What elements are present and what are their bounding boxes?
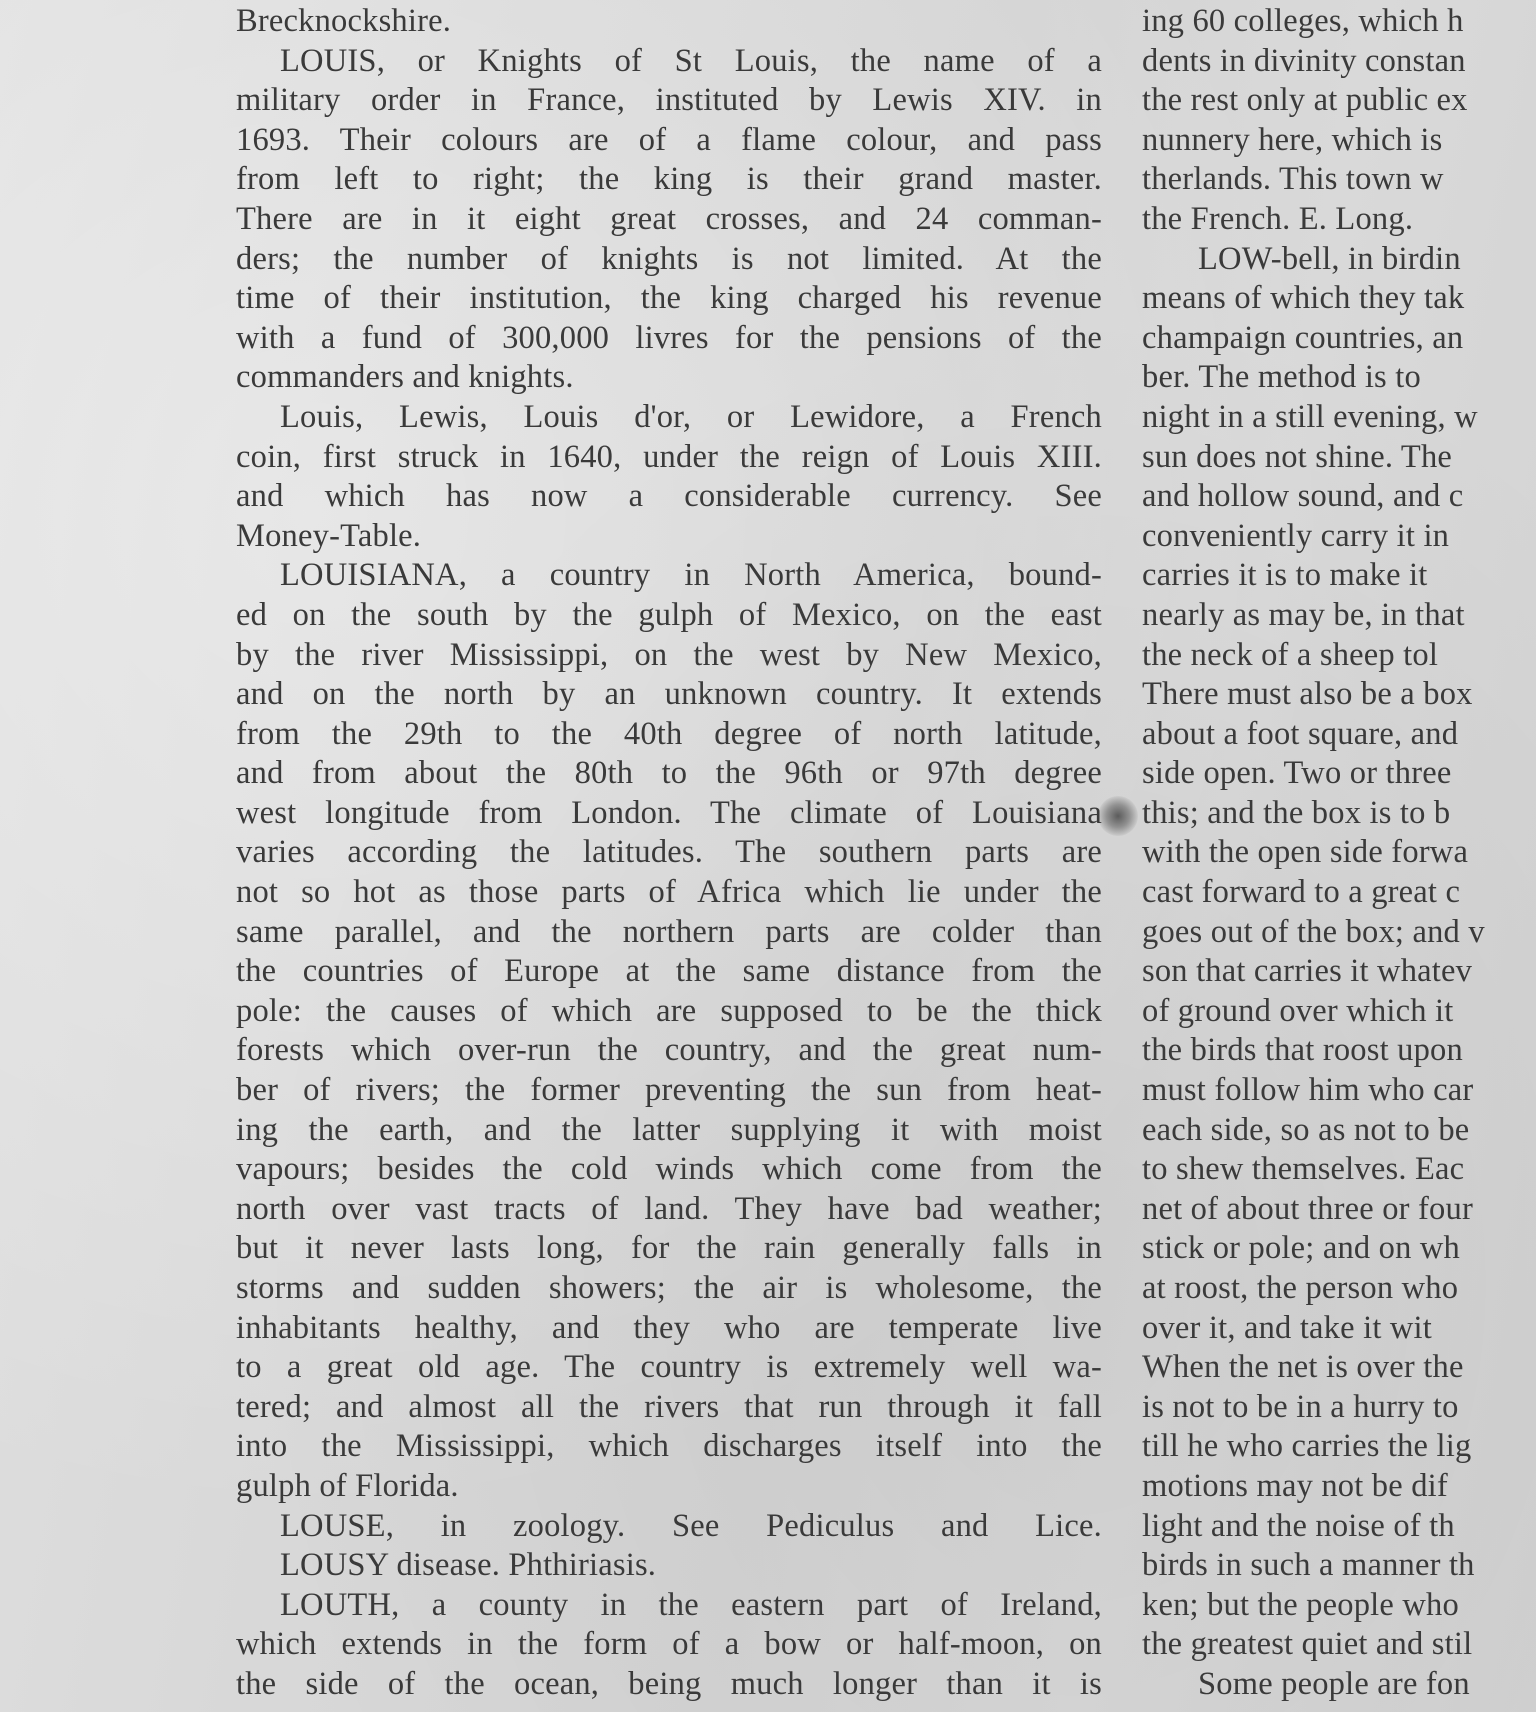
text-line: same parallel, and the northern parts ar… (236, 913, 1102, 953)
text-line: military order in France, instituted by … (236, 81, 1102, 121)
text-line: LOUSE, in zoology. See Pediculus and Lic… (236, 1507, 1102, 1547)
text-line: gulph of Florida. (236, 1467, 1102, 1507)
text-line: stick or pole; and on wh (1142, 1229, 1536, 1269)
text-line: conveniently carry it in (1142, 517, 1536, 557)
text-line: light and the noise of th (1142, 1507, 1536, 1547)
text-line: ber. The method is to (1142, 358, 1536, 398)
text-line: which extends in the form of a bow or ha… (236, 1625, 1102, 1665)
text-line: ders; the number of knights is not limit… (236, 240, 1102, 280)
text-line: There are in it eight great crosses, and… (236, 200, 1102, 240)
text-line: pole: the causes of which are supposed t… (236, 992, 1102, 1032)
text-line: ed on the south by the gulph of Mexico, … (236, 596, 1102, 636)
text-line: is not to be in a hurry to (1142, 1388, 1536, 1428)
text-line: Money-Table. (236, 517, 1102, 557)
text-line: the French. E. Long. (1142, 200, 1536, 240)
text-line: ken; but the people who (1142, 1586, 1536, 1626)
text-line: birds in such a manner th (1142, 1546, 1536, 1586)
text-line: LOUISIANA, a country in North America, b… (236, 556, 1102, 596)
text-line: with the open side forwa (1142, 833, 1536, 873)
text-line: ber of rivers; the former preventing the… (236, 1071, 1102, 1111)
text-line: to a great old age. The country is extre… (236, 1348, 1102, 1388)
text-line: from the 29th to the 40th degree of nort… (236, 715, 1102, 755)
text-line: and hollow sound, and c (1142, 477, 1536, 517)
text-line: dents in divinity constan (1142, 42, 1536, 82)
text-line: must follow him who car (1142, 1071, 1536, 1111)
text-line: LOUIS, or Knights of St Louis, the name … (236, 42, 1102, 82)
text-line: therlands. This town w (1142, 160, 1536, 200)
text-line: by the river Mississippi, on the west by… (236, 636, 1102, 676)
text-line: time of their institution, the king char… (236, 279, 1102, 319)
text-line: and on the north by an unknown country. … (236, 675, 1102, 715)
ink-stain (1098, 796, 1138, 836)
text-line: champaign countries, an (1142, 319, 1536, 359)
text-line: the greatest quiet and stil (1142, 1625, 1536, 1665)
text-line: to shew themselves. Eac (1142, 1150, 1536, 1190)
text-line: from left to right; the king is their gr… (236, 160, 1102, 200)
text-line: ing the earth, and the latter supplying … (236, 1111, 1102, 1151)
text-line: over it, and take it wit (1142, 1309, 1536, 1349)
text-line: cast forward to a great c (1142, 873, 1536, 913)
text-line: LOUTH, a county in the eastern part of I… (236, 1586, 1102, 1626)
text-line: west longitude from London. The climate … (236, 794, 1102, 834)
text-line: means of which they tak (1142, 279, 1536, 319)
text-line: with a fund of 300,000 livres for the pe… (236, 319, 1102, 359)
text-line: commanders and knights. (236, 358, 1102, 398)
text-line: this; and the box is to b (1142, 794, 1536, 834)
text-line: ing 60 colleges, which h (1142, 2, 1536, 42)
text-line: the birds that roost upon (1142, 1031, 1536, 1071)
text-line: vapours; besides the cold winds which co… (236, 1150, 1102, 1190)
text-line: carries it is to make it (1142, 556, 1536, 596)
text-line: LOUSY disease. Phthiriasis. (236, 1546, 1102, 1586)
text-line: Louis, Lewis, Louis d'or, or Lewidore, a… (236, 398, 1102, 438)
text-line: the rest only at public ex (1142, 81, 1536, 121)
text-line: north over vast tracts of land. They hav… (236, 1190, 1102, 1230)
text-line: and from about the 80th to the 96th or 9… (236, 754, 1102, 794)
text-line: sun does not shine. The (1142, 438, 1536, 478)
text-line: not so hot as those parts of Africa whic… (236, 873, 1102, 913)
text-line: the countries of Europe at the same dist… (236, 952, 1102, 992)
text-line: Some people are fon (1142, 1665, 1536, 1705)
text-line: night in a still evening, w (1142, 398, 1536, 438)
text-line: varies according the latitudes. The sout… (236, 833, 1102, 873)
text-line: coin, first struck in 1640, under the re… (236, 438, 1102, 478)
text-line: motions may not be dif (1142, 1467, 1536, 1507)
text-line: There must also be a box (1142, 675, 1536, 715)
text-line: inhabitants healthy, and they who are te… (236, 1309, 1102, 1349)
right-text-column: ing 60 colleges, which hdents in divinit… (1142, 2, 1536, 1705)
text-line: When the net is over the (1142, 1348, 1536, 1388)
text-line: about a foot square, and (1142, 715, 1536, 755)
text-line: Brecknockshire. (236, 2, 1102, 42)
text-line: but it never lasts long, for the rain ge… (236, 1229, 1102, 1269)
text-line: till he who carries the lig (1142, 1427, 1536, 1467)
text-line: storms and sudden showers; the air is wh… (236, 1269, 1102, 1309)
text-line: forests which over-run the country, and … (236, 1031, 1102, 1071)
text-line: into the Mississippi, which discharges i… (236, 1427, 1102, 1467)
text-line: 1693. Their colours are of a flame colou… (236, 121, 1102, 161)
text-line: tered; and almost all the rivers that ru… (236, 1388, 1102, 1428)
text-line: of ground over which it (1142, 992, 1536, 1032)
text-line: and which has now a considerable currenc… (236, 477, 1102, 517)
text-line: son that carries it whatev (1142, 952, 1536, 992)
text-line: at roost, the person who (1142, 1269, 1536, 1309)
text-line: nunnery here, which is (1142, 121, 1536, 161)
text-line: side open. Two or three (1142, 754, 1536, 794)
text-line: goes out of the box; and v (1142, 913, 1536, 953)
text-line: each side, so as not to be (1142, 1111, 1536, 1151)
text-line: nearly as may be, in that (1142, 596, 1536, 636)
text-line: the side of the ocean, being much longer… (236, 1665, 1102, 1705)
text-line: the neck of a sheep tol (1142, 636, 1536, 676)
text-line: net of about three or four (1142, 1190, 1536, 1230)
left-text-column: Brecknockshire.LOUIS, or Knights of St L… (236, 2, 1102, 1705)
text-line: LOW-bell, in birdin (1142, 240, 1536, 280)
